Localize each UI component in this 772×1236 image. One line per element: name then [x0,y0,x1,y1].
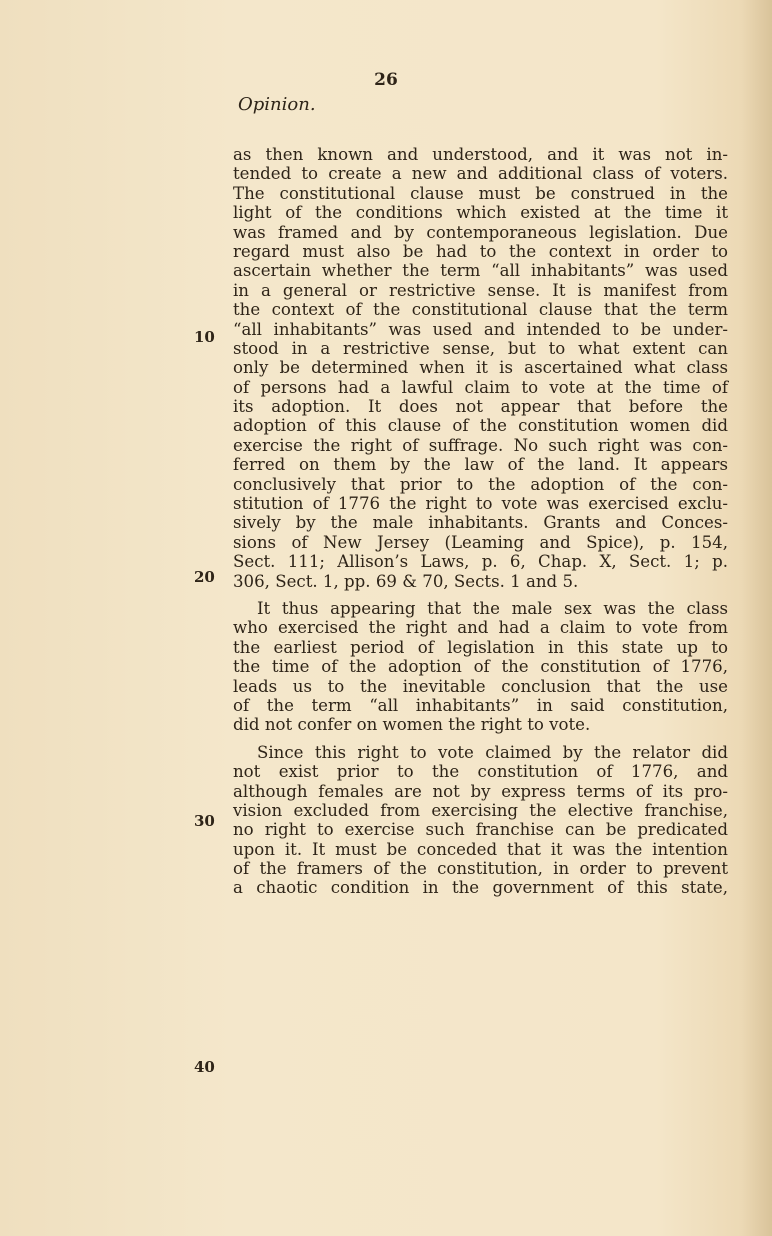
scanned-page: 26 Opinion. 10 20 30 40 as then known an… [0,0,772,1236]
text-line: of persons had a lawful claim to vote at… [233,378,728,397]
text-line: light of the conditions which existed at… [233,203,728,222]
text-line: the time of the adoption of the constitu… [233,657,728,676]
opinion-body-text: as then known and understood, and it was… [233,145,728,898]
text-line: conclusively that prior to the adoption … [233,475,728,494]
text-line: The constitutional clause must be constr… [233,184,728,203]
text-line: in a general or restrictive sense. It is… [233,281,728,300]
running-head: Opinion. [238,94,316,115]
text-line: was framed and by contemporaneous legisl… [233,223,728,242]
text-line: did not confer on women the right to vot… [233,715,728,734]
text-line: stood in a restrictive sense, but to wha… [233,339,728,358]
text-line: the earliest period of legislation in th… [233,638,728,657]
text-line: not exist prior to the constitution of 1… [233,762,728,781]
text-line: stitution of 1776 the right to vote was … [233,494,728,513]
text-line: adoption of this clause of the constitut… [233,416,728,435]
text-line: sions of New Jersey (Leaming and Spice),… [233,533,728,552]
paragraph: Since this right to vote claimed by the … [233,743,728,898]
margin-line-number: 40 [194,1058,215,1076]
text-line: Sect. 111; Allison’s Laws, p. 6, Chap. X… [233,552,728,571]
text-line: who exercised the right and had a claim … [233,618,728,637]
text-line: It thus appearing that the male sex was … [233,599,728,618]
text-line: sively by the male inhabitants. Grants a… [233,513,728,532]
text-line: leads us to the inevitable conclusion th… [233,677,728,696]
text-line: “all inhabitants” was used and intended … [233,320,728,339]
text-line: the context of the constitutional clause… [233,300,728,319]
margin-line-number: 20 [194,568,215,586]
margin-line-number: 10 [194,328,215,346]
text-line: Since this right to vote claimed by the … [233,743,728,762]
paragraph: It thus appearing that the male sex was … [233,599,728,735]
text-line: regard must also be had to the context i… [233,242,728,261]
text-line: of the term “all inhabitants” in said co… [233,696,728,715]
margin-line-number: 30 [194,812,215,830]
text-line: tended to create a new and additional cl… [233,164,728,183]
text-line: no right to exercise such franchise can … [233,820,728,839]
text-line: ferred on them by the law of the land. I… [233,455,728,474]
text-line: 306, Sect. 1, pp. 69 & 70, Sects. 1 and … [233,572,728,591]
page-number: 26 [0,70,772,90]
text-line: exercise the right of suffrage. No such … [233,436,728,455]
text-line: vision excluded from exercising the elec… [233,801,728,820]
text-line: a chaotic condition in the government of… [233,878,728,897]
text-line: as then known and understood, and it was… [233,145,728,164]
text-line: only be determined when it is ascertaine… [233,358,728,377]
text-line: of the framers of the constitution, in o… [233,859,728,878]
text-line: although females are not by express term… [233,782,728,801]
text-line: its adoption. It does not appear that be… [233,397,728,416]
paragraph: as then known and understood, and it was… [233,145,728,591]
text-line: ascertain whether the term “all inhabita… [233,261,728,280]
text-line: upon it. It must be conceded that it was… [233,840,728,859]
